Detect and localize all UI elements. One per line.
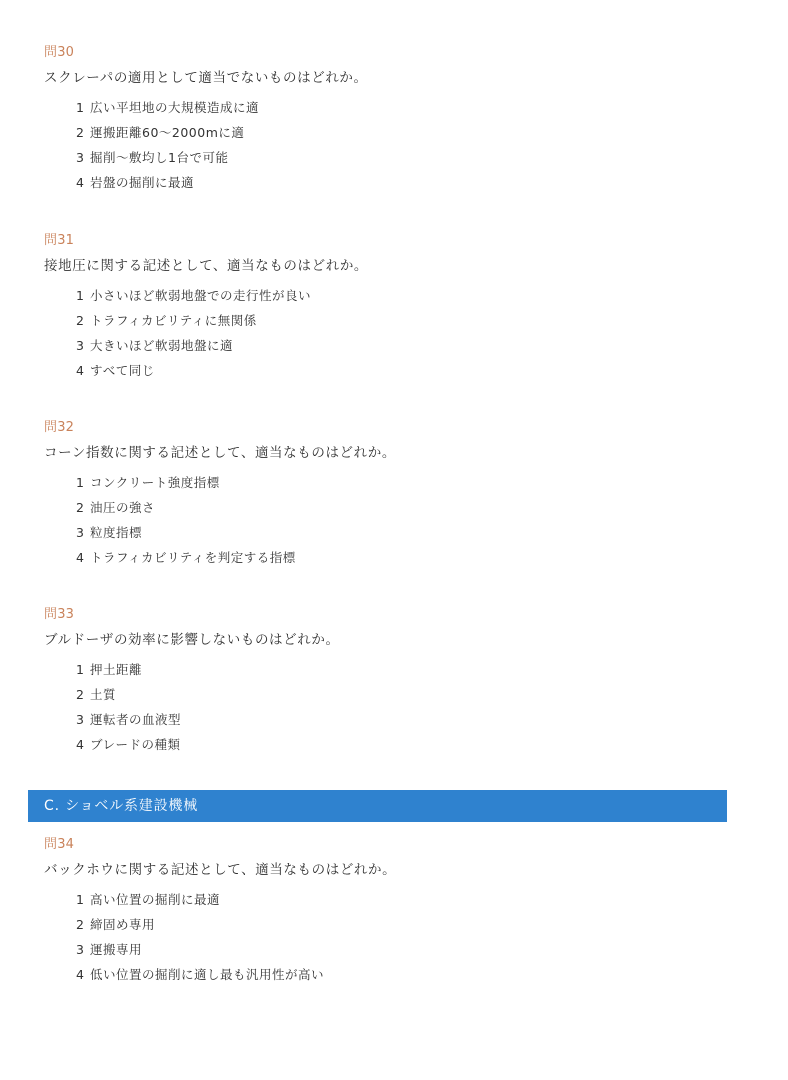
option-item: 1高い位置の掘削に最適 [76, 887, 724, 912]
option-number: 2 [76, 682, 90, 707]
question-33: 問33 ブルドーザの効率に影響しないものはどれか。 1押土距離 2土質 3運転者… [44, 606, 724, 757]
option-list: 1高い位置の掘削に最適 2締固め専用 3運搬専用 4低い位置の掘削に適し最も汎用… [44, 887, 724, 987]
option-text: 運搬専用 [90, 937, 142, 962]
question-text: バックホウに関する記述として、適当なものはどれか。 [44, 859, 724, 881]
option-item: 4低い位置の掘削に適し最も汎用性が高い [76, 962, 724, 987]
option-item: 3粒度指標 [76, 520, 724, 545]
option-number: 1 [76, 283, 90, 308]
option-item: 4ブレードの種類 [76, 732, 724, 757]
option-number: 3 [76, 937, 90, 962]
question-number: 問30 [44, 44, 724, 62]
option-item: 1小さいほど軟弱地盤での走行性が良い [76, 283, 724, 308]
question-number: 問34 [44, 836, 724, 854]
option-item: 2土質 [76, 682, 724, 707]
option-item: 3大きいほど軟弱地盤に適 [76, 333, 724, 358]
option-item: 4トラフィカビリティを判定する指標 [76, 545, 724, 570]
document-page: 問30 スクレーパの適用として適当でないものはどれか。 1広い平坦地の大規模造成… [0, 0, 788, 1080]
option-list: 1コンクリート強度指標 2油圧の強さ 3粒度指標 4トラフィカビリティを判定する… [44, 470, 724, 570]
option-number: 1 [76, 657, 90, 682]
option-text: 油圧の強さ [90, 495, 155, 520]
section-header-shovel-machinery: C. ショベル系建設機械 [28, 790, 727, 822]
option-number: 4 [76, 358, 90, 383]
option-text: 広い平坦地の大規模造成に適 [90, 95, 259, 120]
option-item: 2締固め専用 [76, 912, 724, 937]
option-number: 2 [76, 308, 90, 333]
question-text: 接地圧に関する記述として、適当なものはどれか。 [44, 255, 724, 277]
option-number: 4 [76, 545, 90, 570]
option-text: 締固め専用 [90, 912, 155, 937]
option-item: 2トラフィカビリティに無関係 [76, 308, 724, 333]
option-item: 2運搬距離60～2000mに適 [76, 120, 724, 145]
question-number: 問31 [44, 232, 724, 250]
option-text: 運搬距離60～2000mに適 [90, 120, 244, 145]
question-text: コーン指数に関する記述として、適当なものはどれか。 [44, 442, 724, 464]
option-number: 4 [76, 732, 90, 757]
option-list: 1小さいほど軟弱地盤での走行性が良い 2トラフィカビリティに無関係 3大きいほど… [44, 283, 724, 383]
option-number: 4 [76, 170, 90, 195]
option-text: 押土距離 [90, 657, 142, 682]
option-number: 3 [76, 333, 90, 358]
question-31: 問31 接地圧に関する記述として、適当なものはどれか。 1小さいほど軟弱地盤での… [44, 232, 724, 383]
option-text: 粒度指標 [90, 520, 142, 545]
option-number: 2 [76, 120, 90, 145]
question-34: 問34 バックホウに関する記述として、適当なものはどれか。 1高い位置の掘削に最… [44, 836, 724, 987]
option-number: 1 [76, 95, 90, 120]
question-number: 問33 [44, 606, 724, 624]
option-text: 岩盤の掘削に最適 [90, 170, 194, 195]
question-30: 問30 スクレーパの適用として適当でないものはどれか。 1広い平坦地の大規模造成… [44, 44, 724, 195]
option-text: 高い位置の掘削に最適 [90, 887, 220, 912]
option-number: 4 [76, 962, 90, 987]
question-number: 問32 [44, 419, 724, 437]
option-item: 3掘削～敷均し1台で可能 [76, 145, 724, 170]
option-text: 掘削～敷均し1台で可能 [90, 145, 228, 170]
option-number: 3 [76, 707, 90, 732]
option-text: コンクリート強度指標 [90, 470, 220, 495]
option-text: 土質 [90, 682, 116, 707]
option-number: 2 [76, 495, 90, 520]
option-number: 1 [76, 887, 90, 912]
option-number: 2 [76, 912, 90, 937]
question-text: ブルドーザの効率に影響しないものはどれか。 [44, 629, 724, 651]
option-number: 3 [76, 145, 90, 170]
option-number: 1 [76, 470, 90, 495]
option-text: すべて同じ [90, 358, 155, 383]
option-text: 小さいほど軟弱地盤での走行性が良い [90, 283, 311, 308]
question-32: 問32 コーン指数に関する記述として、適当なものはどれか。 1コンクリート強度指… [44, 419, 724, 570]
option-text: 運転者の血液型 [90, 707, 181, 732]
option-text: トラフィカビリティに無関係 [90, 308, 257, 333]
option-item: 3運転者の血液型 [76, 707, 724, 732]
option-item: 4岩盤の掘削に最適 [76, 170, 724, 195]
option-text: 大きいほど軟弱地盤に適 [90, 333, 233, 358]
question-text: スクレーパの適用として適当でないものはどれか。 [44, 67, 724, 89]
option-item: 2油圧の強さ [76, 495, 724, 520]
option-item: 3運搬専用 [76, 937, 724, 962]
option-item: 4すべて同じ [76, 358, 724, 383]
option-item: 1広い平坦地の大規模造成に適 [76, 95, 724, 120]
option-text: 低い位置の掘削に適し最も汎用性が高い [90, 962, 324, 987]
option-number: 3 [76, 520, 90, 545]
option-list: 1押土距離 2土質 3運転者の血液型 4ブレードの種類 [44, 657, 724, 757]
option-item: 1コンクリート強度指標 [76, 470, 724, 495]
option-item: 1押土距離 [76, 657, 724, 682]
option-list: 1広い平坦地の大規模造成に適 2運搬距離60～2000mに適 3掘削～敷均し1台… [44, 95, 724, 195]
option-text: ブレードの種類 [90, 732, 181, 757]
option-text: トラフィカビリティを判定する指標 [90, 545, 296, 570]
